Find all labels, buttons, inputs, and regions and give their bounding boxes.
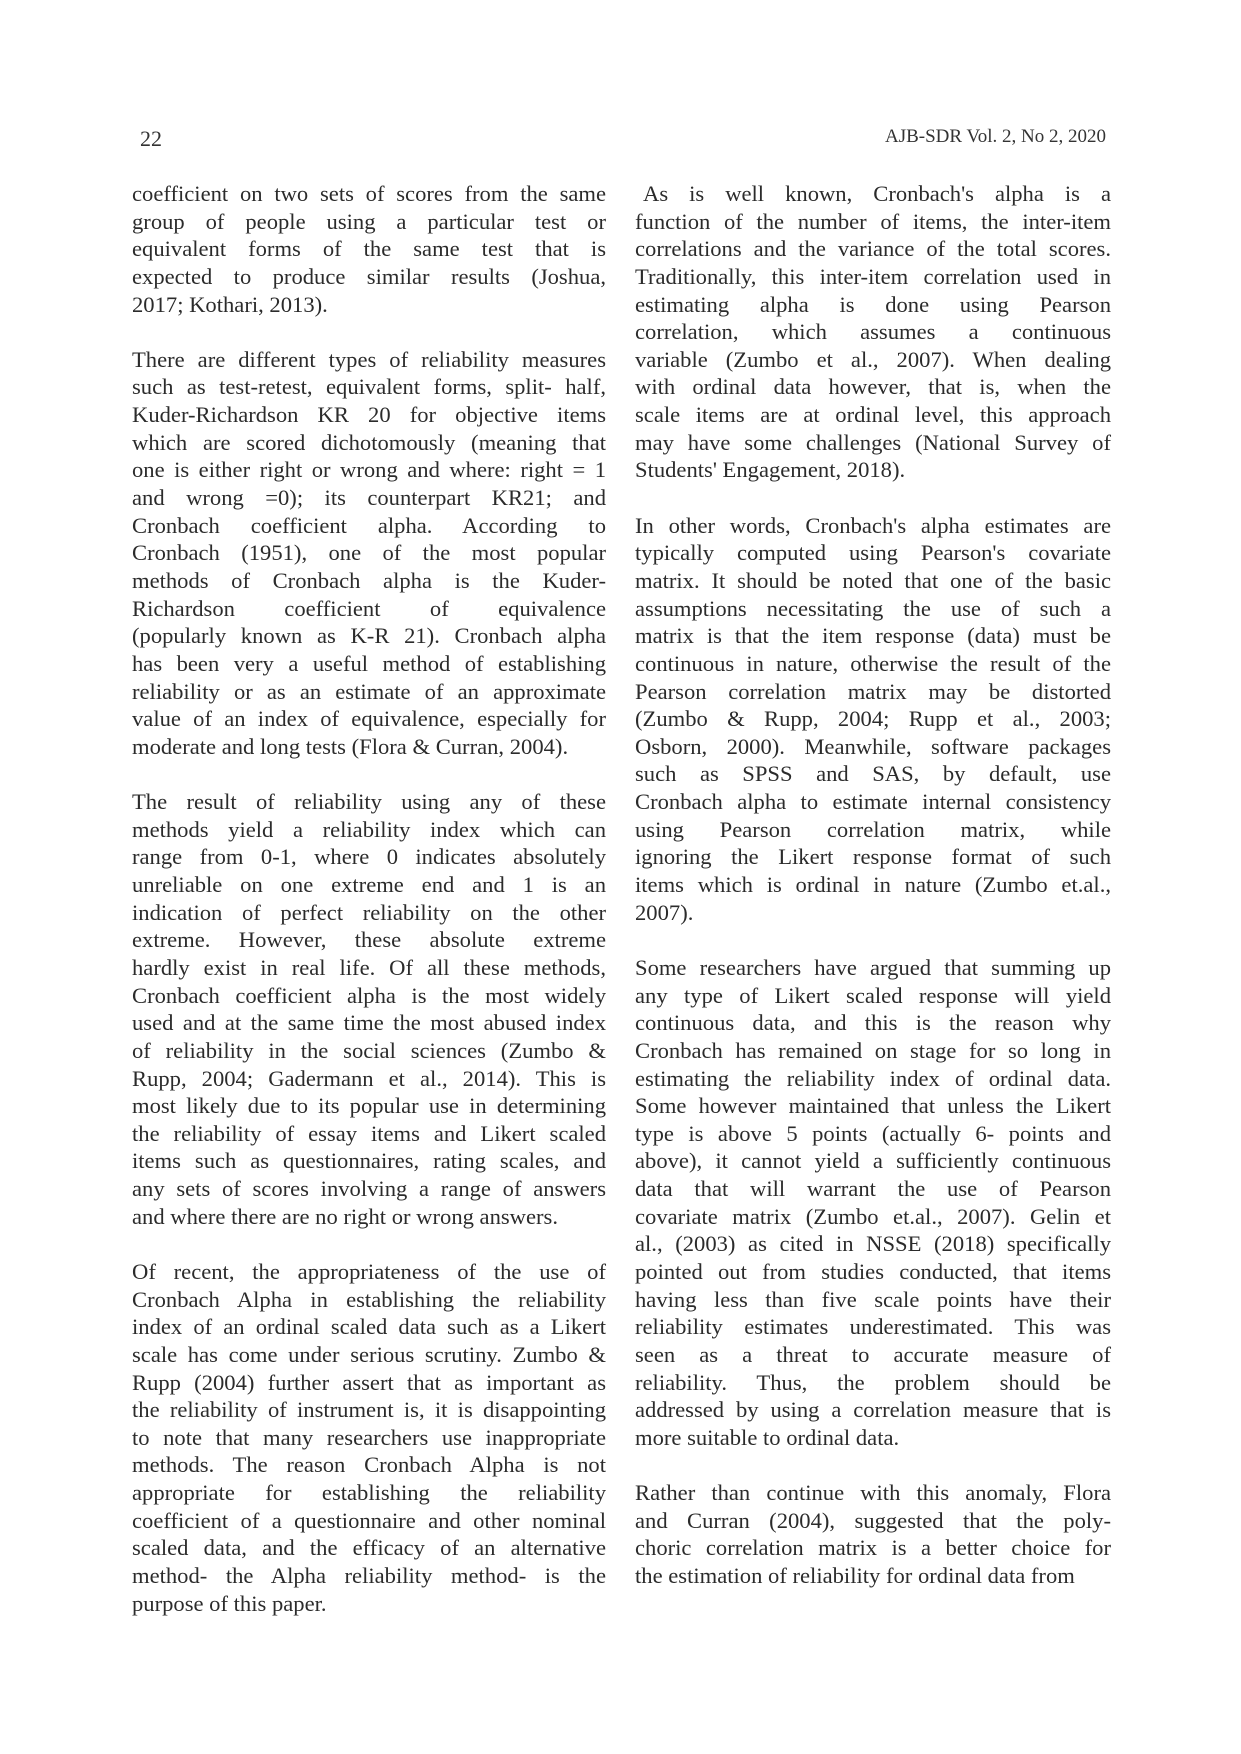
text-line: scaled data, and the efficacy of an alte… <box>132 1534 606 1562</box>
paragraph-gap <box>635 484 1111 512</box>
text-line: reliability. Thus, the problem should be <box>635 1369 1111 1397</box>
text-line: and wrong =0); its counterpart KR21; and <box>132 484 606 512</box>
text-line: to note that many researchers use inappr… <box>132 1424 606 1452</box>
text-line: range from 0-1, where 0 indicates absolu… <box>132 843 606 871</box>
text-line: may have some challenges (National Surve… <box>635 429 1111 457</box>
text-line: (Zumbo & Rupp, 2004; Rupp et al., 2003; <box>635 705 1111 733</box>
text-line: reliability estimates underestimated. Th… <box>635 1313 1111 1341</box>
text-line: Kuder-Richardson KR 20 for objective ite… <box>132 401 606 429</box>
text-line: variable (Zumbo et al., 2007). When deal… <box>635 346 1111 374</box>
text-line: equivalent forms of the same test that i… <box>132 235 606 263</box>
text-line: addressed by using a correlation measure… <box>635 1396 1111 1424</box>
text-line: Pearson correlation matrix may be distor… <box>635 678 1111 706</box>
text-line: The result of reliability using any of t… <box>132 788 606 816</box>
text-line: and where there are no right or wrong an… <box>132 1203 606 1231</box>
journal-reference: AJB-SDR Vol. 2, No 2, 2020 <box>885 126 1106 148</box>
text-line: items which is ordinal in nature (Zumbo … <box>635 871 1111 899</box>
text-line: the reliability of essay items and Liker… <box>132 1120 606 1148</box>
text-line: most likely due to its popular use in de… <box>132 1092 606 1120</box>
text-line: estimating the reliability index of ordi… <box>635 1065 1111 1093</box>
text-line: matrix is that the item response (data) … <box>635 622 1111 650</box>
paragraph: As is well known, Cronbach's alpha is af… <box>635 180 1111 484</box>
text-line: 2007). <box>635 899 1111 927</box>
text-line: Osborn, 2000). Meanwhile, software packa… <box>635 733 1111 761</box>
text-line: Traditionally, this inter-item correlati… <box>635 263 1111 291</box>
paragraph: The result of reliability using any of t… <box>132 788 606 1230</box>
text-line: methods. The reason Cronbach Alpha is no… <box>132 1451 606 1479</box>
text-line: which are scored dichotomously (meaning … <box>132 429 606 457</box>
text-line: used and at the same time the most abuse… <box>132 1009 606 1037</box>
left-column: coefficient on two sets of scores from t… <box>132 180 606 1617</box>
text-line: Some however maintained that unless the … <box>635 1092 1111 1120</box>
text-line: As is well known, Cronbach's alpha is a <box>635 180 1111 208</box>
text-line: typically computed using Pearson's covar… <box>635 539 1111 567</box>
text-line: such as SPSS and SAS, by default, use <box>635 760 1111 788</box>
text-line: Richardson coefficient of equivalence <box>132 595 606 623</box>
paragraph-gap <box>132 318 606 346</box>
text-line: (popularly known as K-R 21). Cronbach al… <box>132 622 606 650</box>
text-line: one is either right or wrong and where: … <box>132 456 606 484</box>
text-line: methods of Cronbach alpha is the Kuder- <box>132 567 606 595</box>
text-line: estimating alpha is done using Pearson <box>635 291 1111 319</box>
text-line: coefficient of a questionnaire and other… <box>132 1507 606 1535</box>
text-line: reliability or as an estimate of an appr… <box>132 678 606 706</box>
right-column: As is well known, Cronbach's alpha is af… <box>635 180 1111 1590</box>
text-line: items such as questionnaires, rating sca… <box>132 1147 606 1175</box>
paragraph: There are different types of reliability… <box>132 346 606 761</box>
text-line: data that will warrant the use of Pearso… <box>635 1175 1111 1203</box>
text-line: purpose of this paper. <box>132 1590 606 1618</box>
text-line: method- the Alpha reliability method- is… <box>132 1562 606 1590</box>
text-line: value of an index of equivalence, especi… <box>132 705 606 733</box>
paragraph-gap <box>635 1451 1111 1479</box>
text-line: of reliability in the social sciences (Z… <box>132 1037 606 1065</box>
paragraph: coefficient on two sets of scores from t… <box>132 180 606 318</box>
text-line: al., (2003) as cited in NSSE (2018) spec… <box>635 1230 1111 1258</box>
text-line: Rupp (2004) further assert that as impor… <box>132 1369 606 1397</box>
paragraph: Of recent, the appropriateness of the us… <box>132 1258 606 1617</box>
text-line: assumptions necessitating the use of suc… <box>635 595 1111 623</box>
text-line: In other words, Cronbach's alpha estimat… <box>635 512 1111 540</box>
paragraph-gap <box>635 926 1111 954</box>
text-line: Cronbach (1951), one of the most popular <box>132 539 606 567</box>
text-line: ignoring the Likert response format of s… <box>635 843 1111 871</box>
text-line: choric correlation matrix is a better ch… <box>635 1534 1111 1562</box>
text-line: correlation, which assumes a continuous <box>635 318 1111 346</box>
text-line: Students' Engagement, 2018). <box>635 456 1111 484</box>
text-line: with ordinal data however, that is, when… <box>635 373 1111 401</box>
text-line: scale items are at ordinal level, this a… <box>635 401 1111 429</box>
text-line: any type of Likert scaled response will … <box>635 982 1111 1010</box>
text-line: pointed out from studies conducted, that… <box>635 1258 1111 1286</box>
text-line: unreliable on one extreme end and 1 is a… <box>132 871 606 899</box>
text-line: matrix. It should be noted that one of t… <box>635 567 1111 595</box>
text-line: above), it cannot yield a sufficiently c… <box>635 1147 1111 1175</box>
paragraph-gap <box>132 760 606 788</box>
text-line: such as test-retest, equivalent forms, s… <box>132 373 606 401</box>
text-line: coefficient on two sets of scores from t… <box>132 180 606 208</box>
text-line: Cronbach coefficient alpha. According to <box>132 512 606 540</box>
text-line: 2017; Kothari, 2013). <box>132 291 606 319</box>
text-line: extreme. However, these absolute extreme <box>132 926 606 954</box>
text-line: the estimation of reliability for ordina… <box>635 1562 1111 1590</box>
text-line: the reliability of instrument is, it is … <box>132 1396 606 1424</box>
page-number: 22 <box>140 126 162 152</box>
text-line: index of an ordinal scaled data such as … <box>132 1313 606 1341</box>
text-line: using Pearson correlation matrix, while <box>635 816 1111 844</box>
paragraph-gap <box>132 1230 606 1258</box>
text-line: Rather than continue with this anomaly, … <box>635 1479 1111 1507</box>
text-line: type is above 5 points (actually 6- poin… <box>635 1120 1111 1148</box>
text-line: Cronbach alpha to estimate internal cons… <box>635 788 1111 816</box>
paragraph: In other words, Cronbach's alpha estimat… <box>635 512 1111 927</box>
text-line: hardly exist in real life. Of all these … <box>132 954 606 982</box>
text-line: indication of perfect reliability on the… <box>132 899 606 927</box>
journal-page: 22 AJB-SDR Vol. 2, No 2, 2020 coefficien… <box>0 0 1241 1754</box>
text-line: appropriate for establishing the reliabi… <box>132 1479 606 1507</box>
text-line: continuous in nature, otherwise the resu… <box>635 650 1111 678</box>
text-line: continuous data, and this is the reason … <box>635 1009 1111 1037</box>
text-line: methods yield a reliability index which … <box>132 816 606 844</box>
text-line: having less than five scale points have … <box>635 1286 1111 1314</box>
text-line: expected to produce similar results (Jos… <box>132 263 606 291</box>
text-line: Some researchers have argued that summin… <box>635 954 1111 982</box>
text-line: function of the number of items, the int… <box>635 208 1111 236</box>
text-line: more suitable to ordinal data. <box>635 1424 1111 1452</box>
text-line: Cronbach coefficient alpha is the most w… <box>132 982 606 1010</box>
text-line: correlations and the variance of the tot… <box>635 235 1111 263</box>
text-line: moderate and long tests (Flora & Curran,… <box>132 733 606 761</box>
text-line: Of recent, the appropriateness of the us… <box>132 1258 606 1286</box>
paragraph: Some researchers have argued that summin… <box>635 954 1111 1452</box>
text-line: covariate matrix (Zumbo et.al., 2007). G… <box>635 1203 1111 1231</box>
paragraph: Rather than continue with this anomaly, … <box>635 1479 1111 1590</box>
text-line: Cronbach Alpha in establishing the relia… <box>132 1286 606 1314</box>
text-line: seen as a threat to accurate measure of <box>635 1341 1111 1369</box>
text-line: any sets of scores involving a range of … <box>132 1175 606 1203</box>
text-line: Cronbach has remained on stage for so lo… <box>635 1037 1111 1065</box>
text-line: group of people using a particular test … <box>132 208 606 236</box>
text-line: has been very a useful method of establi… <box>132 650 606 678</box>
text-line: and Curran (2004), suggested that the po… <box>635 1507 1111 1535</box>
text-line: Rupp, 2004; Gadermann et al., 2014). Thi… <box>132 1065 606 1093</box>
text-line: scale has come under serious scrutiny. Z… <box>132 1341 606 1369</box>
text-line: There are different types of reliability… <box>132 346 606 374</box>
